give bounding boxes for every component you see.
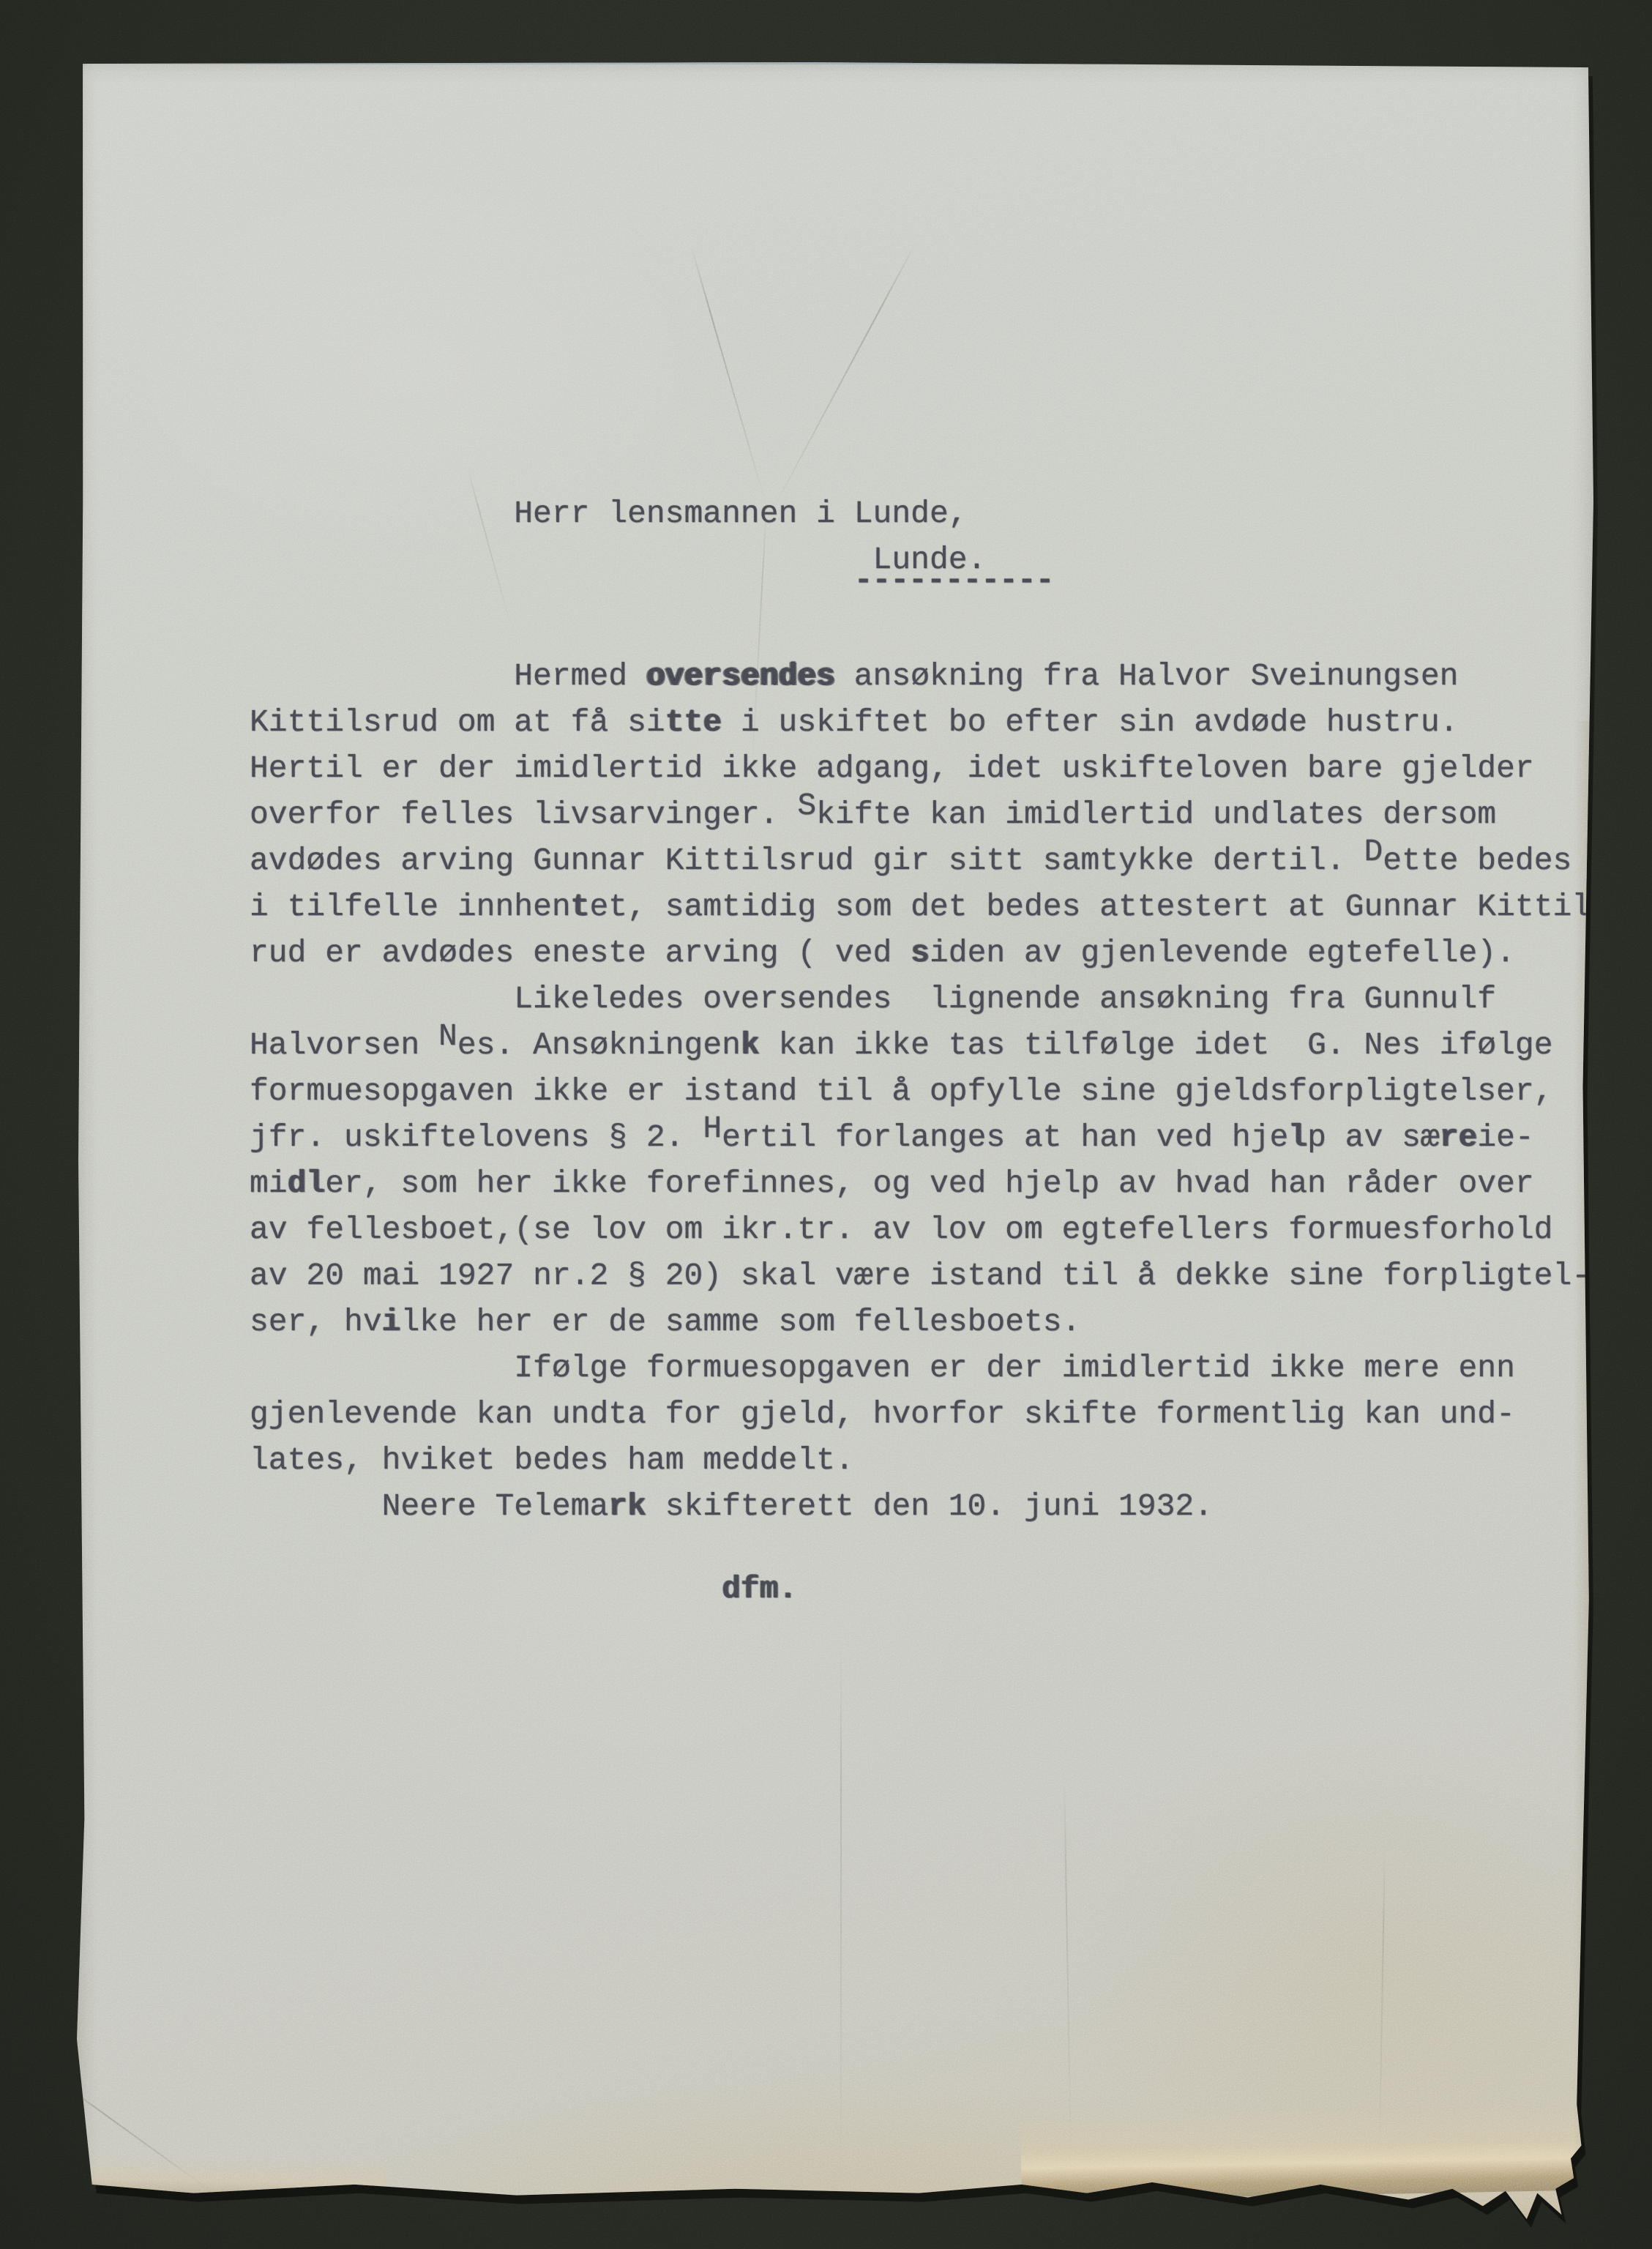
letter-line: gjenlevende kan undta for gjeld, hvorfor… [250,1391,1626,1437]
letter-text-segment: rk [608,1488,646,1524]
letter-text-segment: kifte kan imidlertid undlates dersom [816,797,1496,832]
letter-text-segment: er, som her ikke forefinnes, og ved hjel… [325,1165,1533,1201]
letter-text-segment: gjenlevende kan undta for gjeld, hvorfor… [250,1396,1515,1432]
letter-text-segment: et, samtidig som det bedes attestert at … [589,889,1591,925]
letter-text-segment: S [797,788,816,824]
letter-text-segment: mi [250,1165,288,1201]
letter-text-segment: H [703,1111,722,1146]
letter-text-segment: oversendes [646,658,835,694]
letter-text-segment: ser, hv [250,1304,382,1340]
letter-text-segment: lates, hviket bedes ham meddelt. [250,1442,854,1478]
paper-crease [690,245,767,507]
letter-line: Likeledes oversendes lignende ansøkning … [250,976,1626,1022]
letter-text-segment: ansøkning fra Halvor Sveinungsen [835,658,1459,694]
letter-line: lates, hviket bedes ham meddelt. [250,1437,1626,1483]
paper-crease [1378,1845,1386,2163]
letter-text-segment: es. Ansøkningen [457,1027,741,1063]
letter-text-segment: Neere Telema [382,1488,609,1524]
letter-line: formuesopgaven ikke er istand til å opfy… [250,1068,1626,1114]
letter-line: jfr. uskiftelovens § 2. Hertil forlanges… [250,1114,1626,1160]
letter-text-segment: formuesopgaven ikke er istand til å opfy… [250,1073,1553,1109]
letter-body: Herr lensmannen i Lunde,Lunde.----------… [250,491,1626,1612]
letter-text-segment: kan ikke tas tilfølge idet G. Nes ifølge [760,1027,1553,1063]
salutation: Herr lensmannen i Lunde, [250,491,1626,537]
dash-underline: ----------- [250,557,1626,603]
letter-text-segment: Likeledes oversendes lignende ansøkning … [514,981,1496,1017]
letter-text-segment: rud er avdødes eneste arving ( ved [250,935,911,971]
letter-text-segment: ertil forlanges at han ved hje [722,1119,1288,1155]
letter-text-segment: iden av gjenlevende egtefelle). [930,935,1515,971]
letter-text-segment: Hermed [514,658,646,694]
letter-text-segment: skifterett den 10. juni 1932. [646,1488,1213,1524]
letter-text-segment: overfor felles livsarvinger. [250,797,797,832]
letter-line: Hermed oversendes ansøkning fra Halvor S… [250,653,1626,699]
letter-line: rud er avdødes eneste arving ( ved siden… [250,930,1626,976]
letter-text-segment: re [1440,1119,1478,1155]
letter-text-segment: i [382,1304,401,1340]
letter-line: av 20 mai 1927 nr.2 § 20) skal være ista… [250,1253,1626,1299]
dateline: Neere Telemark skifterett den 10. juni 1… [250,1483,1626,1529]
scan-edge-artifact [77,62,1550,64]
letter-line: Halvorsen Nes. Ansøkningenk kan ikke tas… [250,1022,1626,1068]
letter-text-segment: N [438,1018,457,1054]
letter-text-segment: dfm. [722,1571,797,1607]
letter-text-segment: lke her er de samme som fellesboets. [400,1304,1080,1340]
letter-line: avdødes arving Gunnar Kittilsrud gir sit… [250,838,1626,884]
letter-text-segment: p av sæ [1307,1119,1440,1155]
letter-text-segment: Herr lensmannen i Lunde, [514,496,967,532]
letter-line: Hertil er der imidlertid ikke adgang, id… [250,745,1626,791]
letter-line: i tilfelle innhentet, samtidig som det b… [250,884,1626,930]
letter-text-segment: dl [288,1165,326,1201]
letter-text-segment: s [911,935,930,971]
letter-line: av fellesboet,(se lov om ikr.tr. av lov … [250,1206,1626,1253]
letter-text-segment: s [1591,889,1610,925]
letter-text-segment: av fellesboet,(se lov om ikr.tr. av lov … [250,1212,1553,1247]
document-page: Herr lensmannen i Lunde,Lunde.----------… [77,62,1593,2228]
letter-text-segment: ie- [1477,1119,1533,1155]
letter-text-segment: av 20 mai 1927 nr.2 § 20) skal være ista… [250,1258,1591,1294]
letter-text-segment: avdødes arving Gunnar Kittilsrud gir sit… [250,843,1364,879]
letter-text-segment: tte [665,704,722,740]
paper-crease [840,1647,842,2185]
letter-text-segment: D [1364,834,1383,870]
letter-text-segment: Ifølge formuesopgaven er der imidlertid … [514,1350,1515,1386]
paper-crease [1064,1779,1072,2160]
letter-text-segment: Hertil er der imidlertid ikke adgang, id… [250,750,1534,786]
letter-text-segment: l [1288,1119,1307,1155]
signature-initials: dfm. [250,1566,1626,1612]
letter-line: Ifølge formuesopgaven er der imidlertid … [250,1345,1626,1391]
letter-line: midler, som her ikke forefinnes, og ved … [250,1160,1626,1206]
paper-crease [771,242,916,512]
letter-text-segment: Halvorsen [250,1027,438,1063]
letter-text-segment: k [741,1027,760,1063]
letter-line: Kittilsrud om at få sitte i uskiftet bo … [250,699,1626,745]
scan-background: Herr lensmannen i Lunde,Lunde.----------… [0,0,1652,2249]
torn-edge-fold [1020,2106,1582,2201]
letter-text-segment: ette bedes [1383,843,1571,879]
letter-text-segment: jfr. uskiftelovens § 2. [250,1119,703,1155]
letter-text-segment: t [571,889,590,925]
letter-line: ser, hvilke her er de samme som fellesbo… [250,1299,1626,1345]
letter-text-segment: i uskiftet bo efter sin avdøde hustru. [722,704,1458,740]
letter-text-segment: ----------- [854,562,1054,598]
paper-crease [61,2083,220,2198]
letter-line: overfor felles livsarvinger. Skifte kan … [250,791,1626,838]
letter-text-segment: i tilfelle innhen [250,889,571,925]
letter-text-segment: Kittilsrud om at få si [250,704,665,740]
